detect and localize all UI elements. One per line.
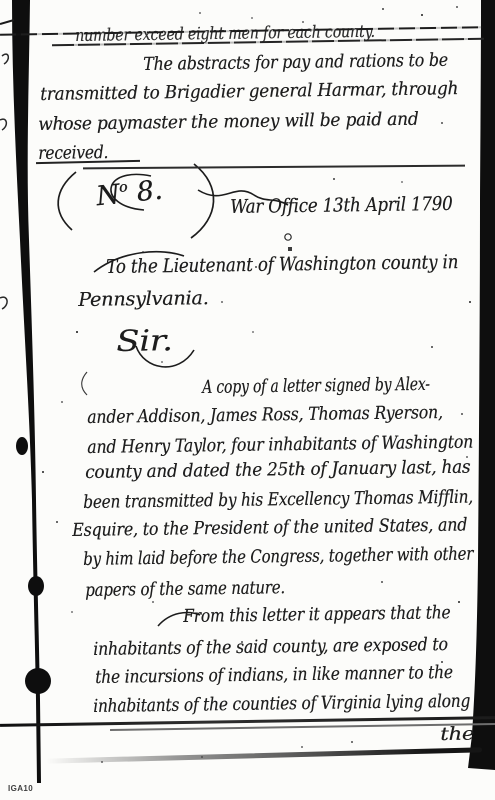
body-line: papers of the same nature. — [85, 577, 285, 601]
body-line: inhabitants of the said county, are expo… — [93, 634, 448, 660]
address-line-text: Pennsylvania. — [78, 287, 209, 311]
doc-number-prefix: N — [95, 179, 122, 212]
stray-paren-mark — [78, 370, 92, 398]
carryover-line-text: The abstracts for pay and rations to be — [143, 50, 448, 75]
body-line: A copy of a letter signed by Alex- — [202, 374, 430, 398]
body-line-text: and Henry Taylor, four inhabitants of Wa… — [87, 432, 473, 458]
body-line-text: ander Addison, James Ross, Thomas Ryerso… — [87, 402, 443, 428]
body-line: the incursions of indians, in like manne… — [95, 662, 453, 688]
manuscript-line: transmitted to Brigadier general Harmar,… — [40, 78, 458, 105]
body-line-text: been transmitted by his Excellency Thoma… — [83, 487, 473, 513]
body-line: ander Addison, James Ross, Thomas Ryerso… — [87, 402, 443, 428]
body-line: From this letter it appears that the — [183, 602, 450, 627]
address-line-2: Pennsylvania. — [78, 287, 208, 311]
body-line-text: the incursions of indians, in like manne… — [95, 662, 453, 688]
archive-label: IGA10 — [8, 784, 33, 793]
body-line: inhabitants of the counties of Virginia … — [93, 691, 470, 717]
body-line-text: inhabitants of the counties of Virginia … — [93, 691, 470, 717]
body-line-text: From this letter it appears that the — [183, 602, 451, 627]
catchword: the — [440, 724, 474, 745]
body-line: county and dated the 25th of January las… — [85, 457, 470, 483]
body-line: Esquire, to the President of the united … — [72, 514, 467, 541]
body-line-text: county and dated the 25th of January las… — [85, 457, 470, 483]
address-line-text: To the Lieutenant of Washington county i… — [106, 251, 458, 278]
manuscript-scan-page: number exceed eight men for each county.… — [0, 0, 495, 800]
body-line: by him laid before the Congress, togethe… — [83, 544, 473, 570]
address-line-1: To the Lieutenant of Washington county i… — [106, 251, 458, 278]
dateline-text: War Office 13th April 1790 — [230, 193, 453, 218]
carryover-line-text: transmitted to Brigadier general Harmar,… — [40, 78, 458, 105]
body-line: and Henry Taylor, four inhabitants of Wa… — [87, 432, 473, 458]
carryover-line-text: whose paymaster the money will be paid a… — [38, 109, 419, 135]
salutation-text: Sir. — [116, 323, 173, 358]
page-bottom-edge — [46, 747, 482, 763]
catchword-text: the — [440, 724, 474, 745]
manuscript-line: The abstracts for pay and rations to be — [143, 50, 448, 75]
ink-ring-mark — [282, 231, 296, 245]
dateline: War Office 13th April 1790 — [230, 193, 452, 218]
body-line: been transmitted by his Excellency Thoma… — [83, 487, 473, 513]
manuscript-line: whose paymaster the money will be paid a… — [38, 109, 418, 135]
body-line-text: A copy of a letter signed by Alex- — [202, 374, 430, 398]
body-line-text: Esquire, to the President of the united … — [72, 514, 467, 541]
binding-strip-right — [455, 0, 495, 800]
doc-number-value: 8. — [135, 175, 164, 209]
doc-number-superscript: o — [118, 179, 128, 196]
salutation: Sir. — [116, 323, 172, 358]
body-line-text: inhabitants of the said county, are expo… — [93, 634, 448, 660]
body-line-text: papers of the same nature. — [85, 577, 285, 601]
body-line-text: by him laid before the Congress, togethe… — [83, 544, 473, 570]
